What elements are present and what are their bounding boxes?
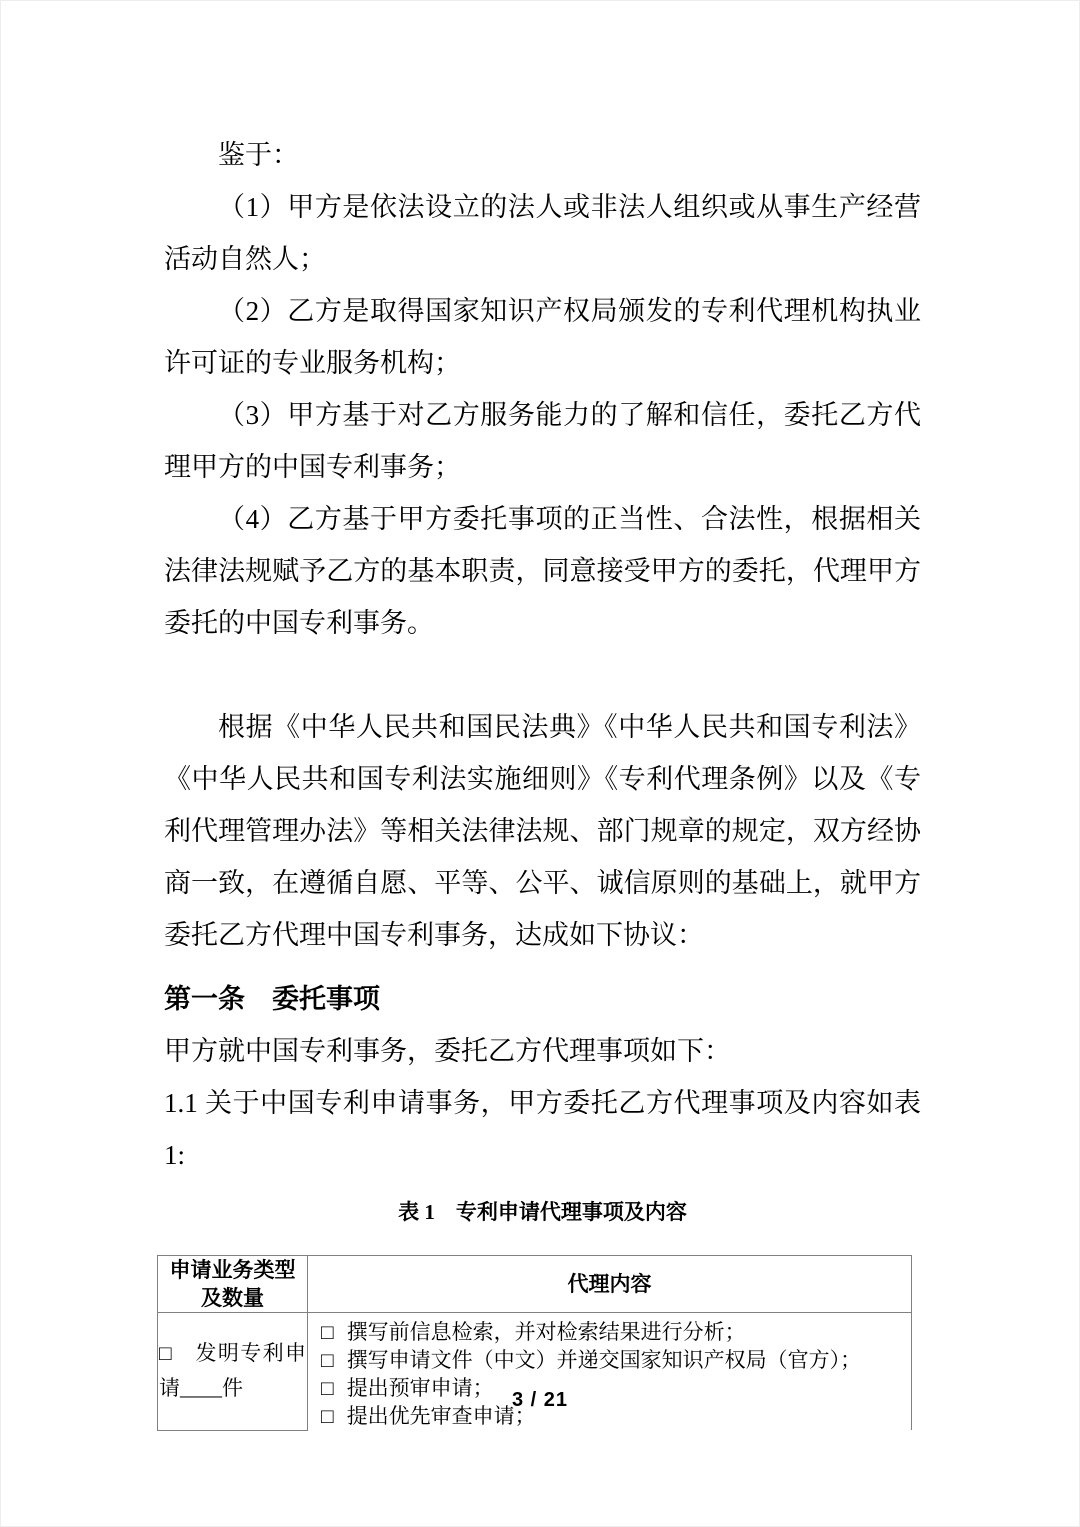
- table-header-row: 申请业务类型 及数量 代理内容: [158, 1256, 912, 1313]
- checkbox-icon[interactable]: □: [321, 1346, 334, 1374]
- checkbox-icon[interactable]: □: [321, 1318, 334, 1346]
- checkbox-icon[interactable]: □: [159, 1341, 173, 1365]
- paragraph-legal-basis: 根据《中华人民共和国民法典》《中华人民共和国专利法》《中华人民共和国专利法实施细…: [164, 701, 921, 961]
- table-caption: 表 1 专利申请代理事项及内容: [164, 1197, 921, 1227]
- paragraph-recital-4: （4）乙方基于甲方委托事项的正当性、合法性，根据相关法律法规赋予乙方的基本职责，…: [164, 493, 921, 649]
- document-body: 鉴于： （1）甲方是依法设立的法人或非法人组织或从事生产经营活动自然人； （2）…: [164, 129, 921, 1431]
- cell-business-type: □ 发明专利申请____件: [158, 1313, 308, 1431]
- agency-item-label: 撰写申请文件（中文）并递交国家知识产权局（官方）；: [347, 1346, 862, 1374]
- document-page: 鉴于： （1）甲方是依法设立的法人或非法人组织或从事生产经营活动自然人； （2）…: [0, 0, 1080, 1527]
- paragraph-entrust-intro: 甲方就中国专利事务，委托乙方代理事项如下：: [164, 1025, 921, 1077]
- cell-agency-content: □ 撰写前信息检索，并对检索结果进行分析； □ 撰写申请文件（中文）并递交国家知…: [308, 1313, 912, 1431]
- paragraph-recital-2: （2）乙方是取得国家知识产权局颁发的专利代理机构执业许可证的专业服务机构；: [164, 285, 921, 389]
- section-heading-article-1: 第一条 委托事项: [164, 973, 921, 1025]
- paragraph-recital-1: （1）甲方是依法设立的法人或非法人组织或从事生产经营活动自然人；: [164, 181, 921, 285]
- agency-item: □ 撰写前信息检索，并对检索结果进行分析；: [321, 1318, 911, 1346]
- table-row: □ 发明专利申请____件 □ 撰写前信息检索，并对检索结果进行分析； □ 撰写…: [158, 1313, 912, 1431]
- paragraph-whereas: 鉴于：: [164, 129, 921, 181]
- header-business-type: 申请业务类型 及数量: [158, 1256, 308, 1313]
- agency-item-label: 撰写前信息检索，并对检索结果进行分析；: [347, 1318, 746, 1346]
- paragraph-recital-3: （3）甲方基于对乙方服务能力的了解和信任，委托乙方代理甲方的中国专利事务；: [164, 389, 921, 493]
- agency-item: □ 撰写申请文件（中文）并递交国家知识产权局（官方）；: [321, 1346, 911, 1374]
- page-number: 3 / 21: [1, 1389, 1079, 1412]
- header-business-type-line1: 申请业务类型: [158, 1256, 307, 1284]
- header-business-type-line2: 及数量: [158, 1284, 307, 1312]
- paragraph-clause-1-1: 1.1 关于中国专利申请事务，甲方委托乙方代理事项及内容如表 1:: [164, 1077, 921, 1181]
- blank-line: [164, 649, 921, 701]
- header-agency-content: 代理内容: [308, 1256, 912, 1313]
